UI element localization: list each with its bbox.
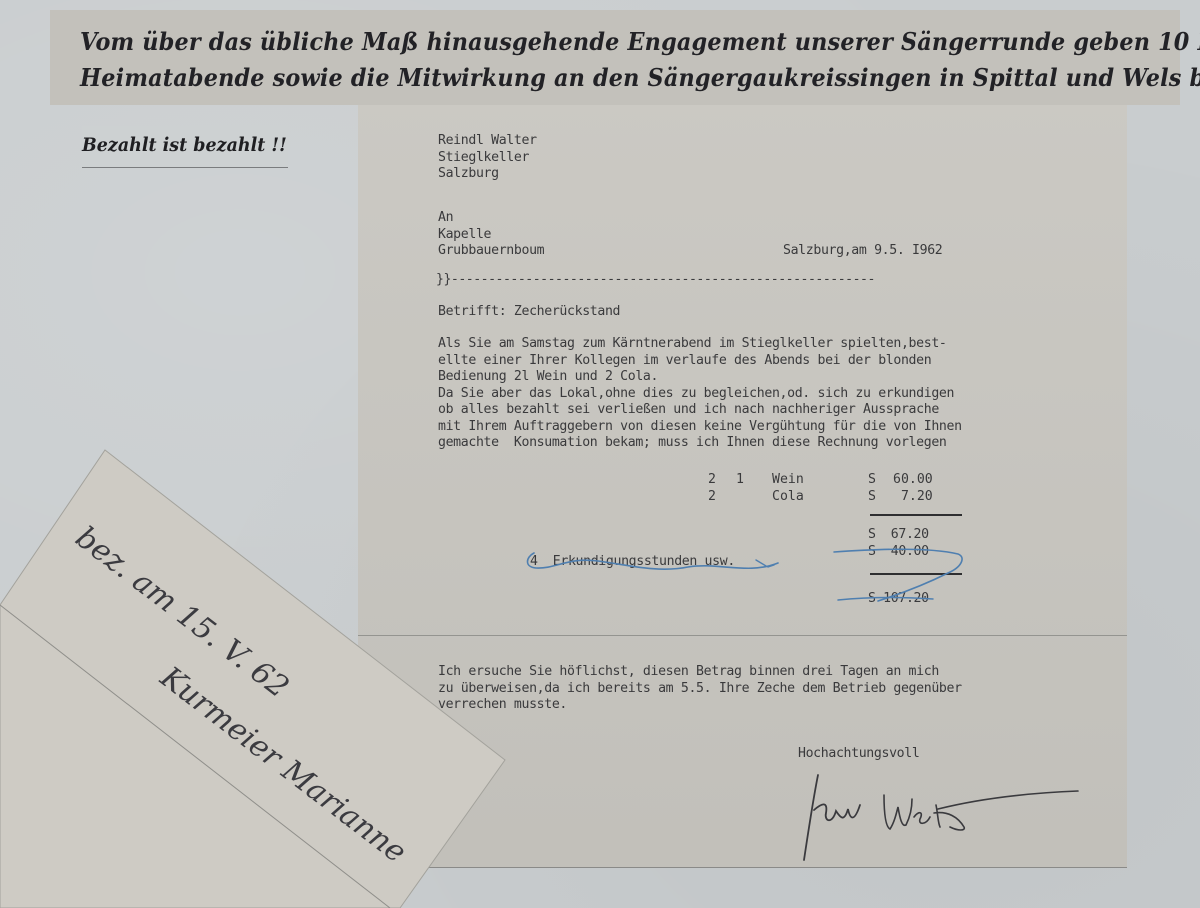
caption-line-2: Heimatabende sowie die Mitwirkung an den… (80, 60, 1103, 96)
item-currency: S (868, 489, 876, 504)
item-qty: 2 (708, 472, 716, 487)
subject-line: Betrifft: Zecherückstand (438, 304, 620, 321)
item-amount: 7.20 (893, 489, 933, 504)
framed-document-collage: Vom über das übliche Maß hinausgehende E… (0, 0, 1200, 908)
valediction: Hochachtungsvoll (798, 746, 919, 763)
caption-line-1: Vom über das übliche Maß hinausgehende E… (80, 24, 1103, 60)
motto-text: Bezahlt ist bezahlt !! (82, 134, 287, 156)
total-rule (870, 573, 962, 575)
item-currency: S (868, 472, 876, 487)
total-amount: S 107.20 (868, 591, 929, 608)
item-qty: 2 (708, 489, 716, 504)
closing-paragraph: Ich ersuche Sie höflichst, diesen Betrag… (438, 664, 962, 714)
fold-line (358, 635, 1127, 636)
letter-body: Als Sie am Samstag zum Kärntnerabend im … (438, 336, 962, 452)
invoice-letter: Reindl Walter Stieglkeller Salzburg An K… (358, 105, 1127, 868)
sender-address: Reindl Walter Stieglkeller Salzburg (438, 133, 537, 183)
item-name: Wein (772, 472, 804, 487)
signature: Reindl Walter (788, 765, 1088, 865)
extra-charge-amount: S 40.00 (868, 544, 929, 561)
caption-banner: Vom über das übliche Maß hinausgehende E… (50, 10, 1180, 105)
item-unit: 1 (736, 472, 744, 487)
motto-label: Bezahlt ist bezahlt !! (82, 126, 288, 168)
separator-line: }}--------------------------------------… (436, 272, 875, 289)
sum-rule (870, 514, 962, 516)
subtotal: S 67.20 (868, 527, 929, 544)
payment-note: bez. am 15. V. 62 (69, 520, 295, 705)
item-amount: 60.00 (893, 472, 933, 487)
item-name: Cola (772, 489, 804, 504)
extra-charge-item: 4 Erkundigungsstunden usw. (530, 554, 735, 571)
letter-date: Salzburg,am 9.5. I962 (783, 243, 942, 260)
recipient-address: An Kapelle Grubbauernboum (438, 210, 544, 260)
